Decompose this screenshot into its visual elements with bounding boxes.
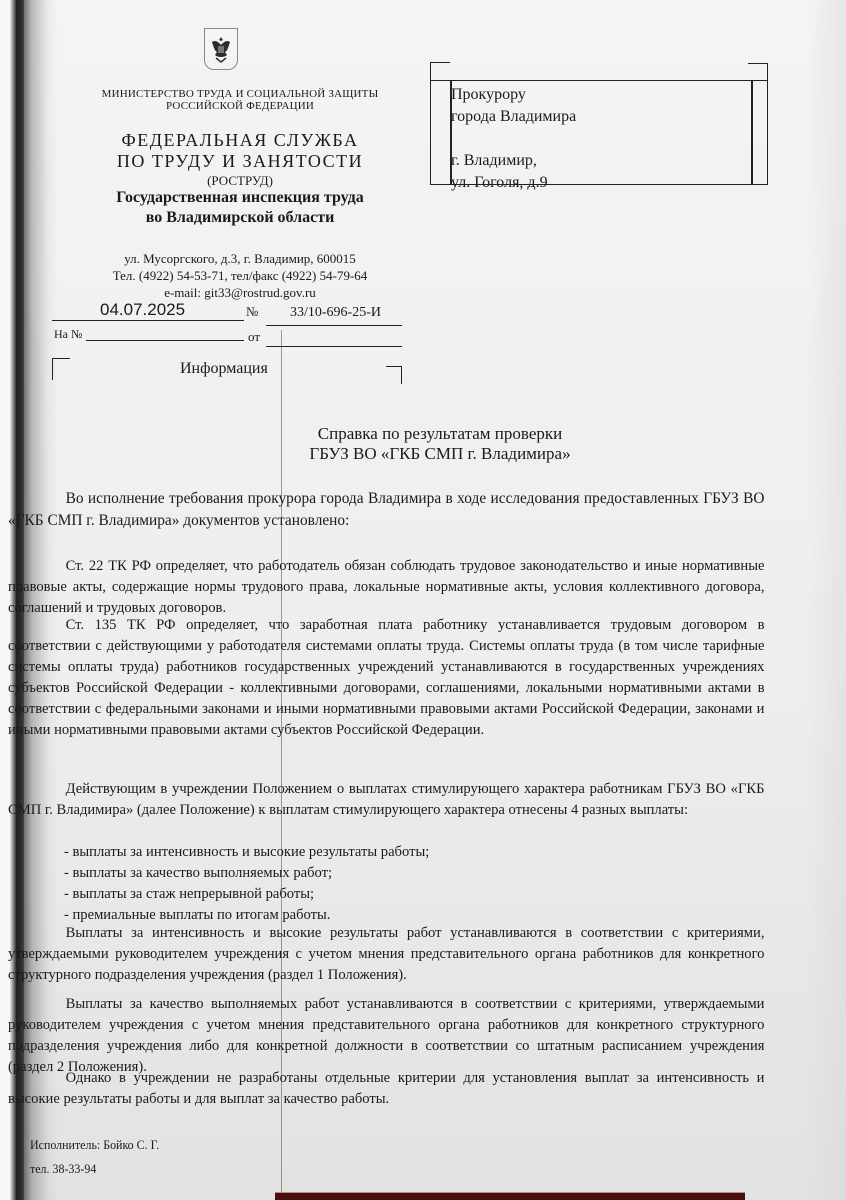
paragraph-conclusion: Однако в учреждении не разработаны отдел… xyxy=(8,1067,764,1109)
russian-coat-of-arms-icon xyxy=(204,28,238,70)
list-item: - выплаты за интенсивность и высокие рез… xyxy=(64,841,429,862)
from-label: от xyxy=(248,329,260,345)
paragraph-article-22: Ст. 22 ТК РФ определяет, что работодател… xyxy=(8,555,764,618)
background-surface xyxy=(275,1192,745,1200)
document-title-line-1: Справка по результатам проверки xyxy=(240,424,640,444)
document-title-line-2: ГБУЗ ВО «ГКБ СМП г. Владимира» xyxy=(240,444,640,464)
sender-address: ул. Мусоргского, д.3, г. Владимир, 60001… xyxy=(50,250,430,267)
list-item: - выплаты за стаж непрерывной работы; xyxy=(64,883,429,904)
inspection-name: Государственная инспекция труда во Влади… xyxy=(50,188,430,228)
addressee: Прокурору города Владимира г. Владимир, … xyxy=(451,84,576,194)
subject-title: Информация xyxy=(180,360,268,378)
addressee-city: г. Владимир, xyxy=(451,150,576,172)
paragraph-regulation: Действующим в учреждении Положением о вы… xyxy=(8,778,764,820)
payments-list: - выплаты за интенсивность и высокие рез… xyxy=(64,841,429,925)
from-underline xyxy=(266,346,402,347)
date-underline xyxy=(52,320,244,321)
addressee-spacer xyxy=(451,128,576,150)
paragraph-intro: Во исполнение требования прокурора город… xyxy=(8,488,764,532)
subject-bracket-right xyxy=(386,366,402,384)
on-number-label: На № xyxy=(54,327,82,342)
on-number-underline xyxy=(86,340,244,341)
inspection-line-2: во Владимирской области xyxy=(50,208,430,228)
executor-name: Исполнитель: Бойко С. Г. xyxy=(30,1133,159,1157)
inspection-line-1: Государственная инспекция труда xyxy=(50,188,430,208)
document-title: Справка по результатам проверки ГБУЗ ВО … xyxy=(240,424,640,464)
registration-date: 04.07.2025 xyxy=(100,300,185,320)
list-item: - выплаты за качество выполняемых работ; xyxy=(64,862,429,883)
registration-number: 33/10-696-25-И xyxy=(290,305,381,321)
ministry-line-1: МИНИСТЕРСТВО ТРУДА И СОЦИАЛЬНОЙ ЗАЩИТЫ xyxy=(50,88,430,100)
ministry-line-2: РОССИЙСКОЙ ФЕДЕРАЦИИ xyxy=(50,100,430,112)
subject-bracket-left xyxy=(52,358,70,380)
paragraph-article-135: Ст. 135 ТК РФ определяет, что заработная… xyxy=(8,614,764,740)
number-underline xyxy=(266,325,402,326)
ministry-name: МИНИСТЕРСТВО ТРУДА И СОЦИАЛЬНОЙ ЗАЩИТЫ Р… xyxy=(50,88,430,112)
addressee-line-1: Прокурору xyxy=(451,84,576,106)
sender-contacts: ул. Мусоргского, д.3, г. Владимир, 60001… xyxy=(50,250,430,301)
number-label: № xyxy=(246,304,258,320)
addressee-inner-right xyxy=(751,80,753,184)
addressee-line-2: города Владимира xyxy=(451,106,576,128)
addressee-top-line xyxy=(430,80,768,81)
executor-phone: тел. 38-33-94 xyxy=(30,1157,159,1181)
service-short-name: (РОСТРУД) xyxy=(50,173,430,189)
addressee-street: ул. Гоголя, д.9 xyxy=(451,172,576,194)
sender-email: e-mail: git33@rostrud.gov.ru xyxy=(50,284,430,301)
paragraph-intensity-payments: Выплаты за интенсивность и высокие резул… xyxy=(8,922,764,985)
paragraph-quality-payments: Выплаты за качество выполняемых работ ус… xyxy=(8,993,764,1077)
service-line-1: ФЕДЕРАЛЬНАЯ СЛУЖБА xyxy=(50,130,430,151)
sender-phones: Тел. (4922) 54-53-71, тел/факс (4922) 54… xyxy=(50,267,430,284)
service-name: ФЕДЕРАЛЬНАЯ СЛУЖБА ПО ТРУДУ И ЗАНЯТОСТИ xyxy=(50,130,430,172)
executor-block: Исполнитель: Бойко С. Г. тел. 38-33-94 xyxy=(30,1133,159,1181)
service-line-2: ПО ТРУДУ И ЗАНЯТОСТИ xyxy=(50,151,430,172)
scan-right-shade xyxy=(806,0,846,1200)
